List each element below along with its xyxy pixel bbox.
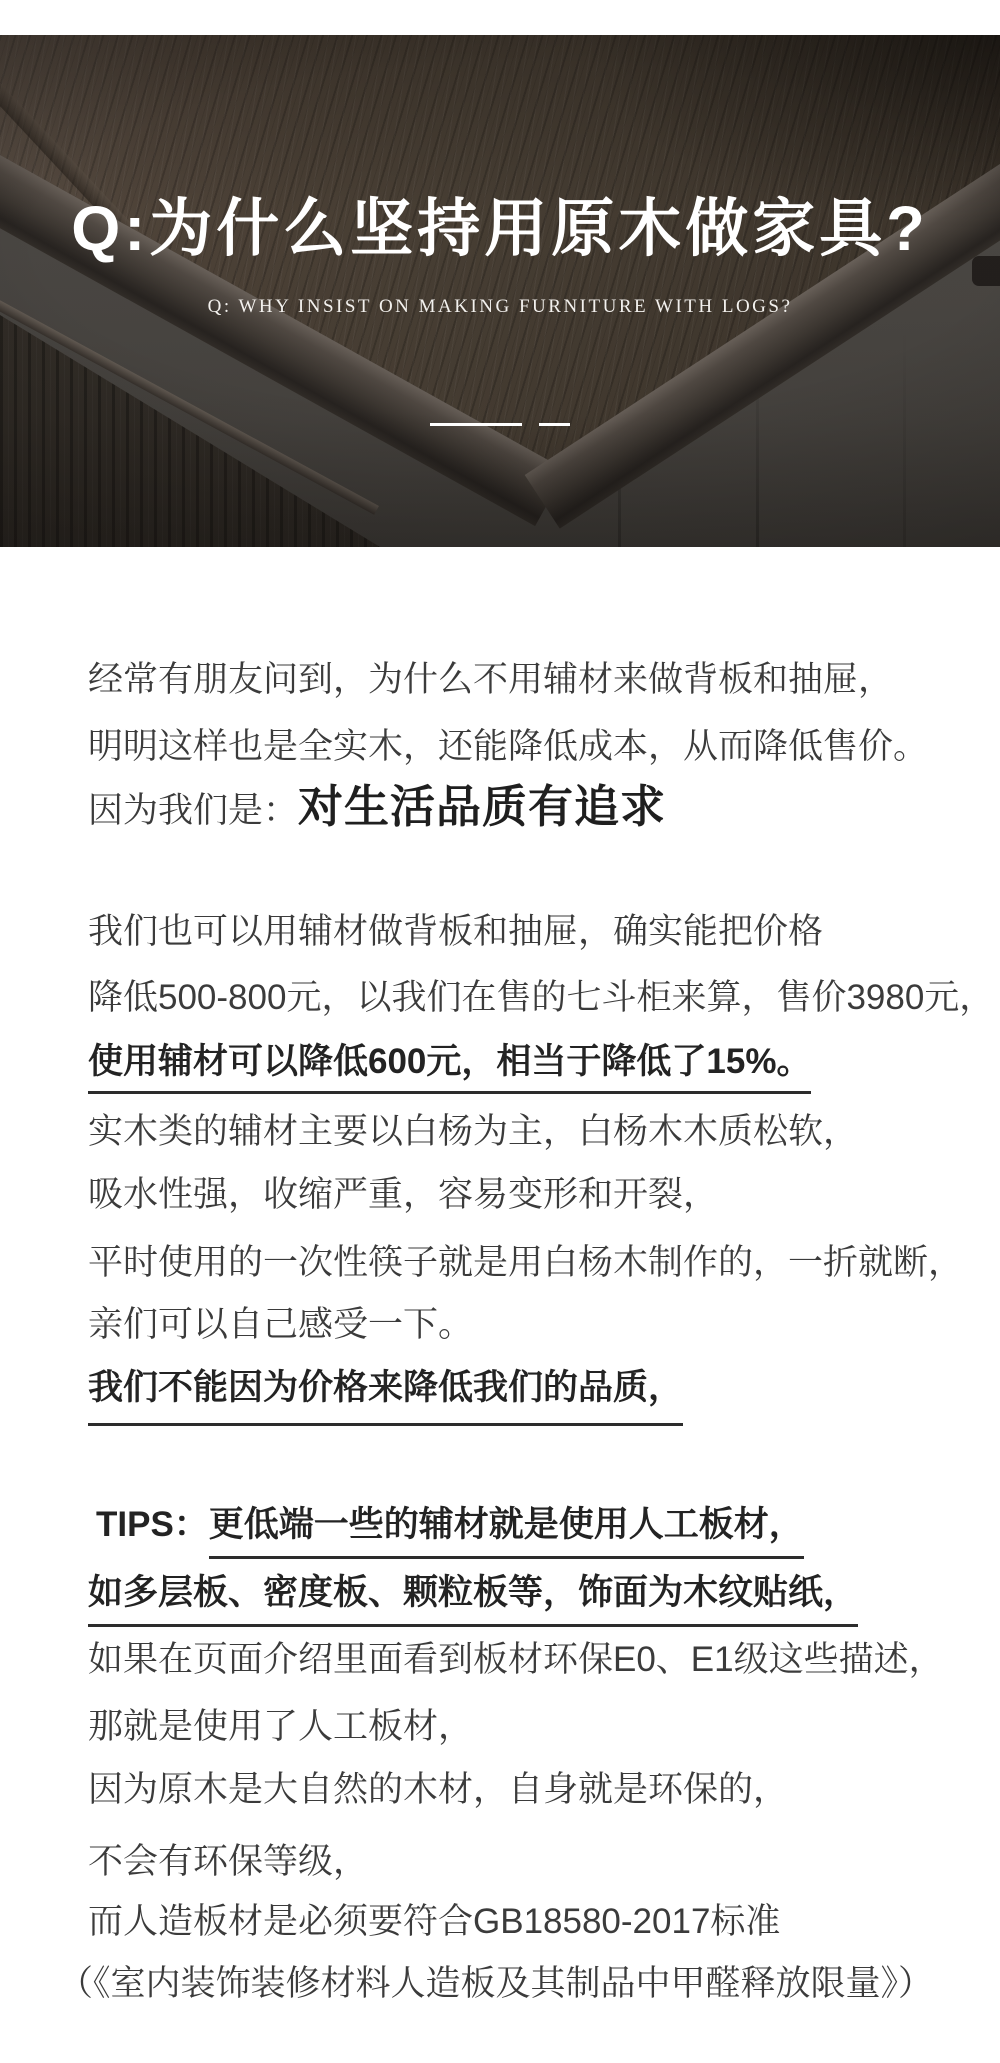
underlined-text: 如多层板、密度板、颗粒板等，饰面为木纹贴纸， — [88, 1575, 858, 1627]
body-text: 那就是使用了人工板材， — [88, 1707, 473, 1746]
hero-photo-dark-overlay — [0, 35, 1000, 547]
underlined-text: 我们不能因为价格来降低我们的品质， — [88, 1370, 683, 1426]
body-text: 实木类的辅材主要以白杨为主，白杨木木质松软， — [88, 1112, 858, 1151]
tips-line: 因为原木是大自然的木材，自身就是环保的， — [0, 1772, 1000, 1807]
body-line: 平时使用的一次性筷子就是用白杨木制作的，一折就断， — [0, 1245, 1000, 1280]
body-text: 降低500-800元，以我们在售的七斗柜来算，售价3980元， — [88, 978, 994, 1017]
body-line: 吸水性强，收缩严重，容易变形和开裂， — [0, 1177, 1000, 1212]
divider-long-dash — [430, 423, 522, 426]
hero-section: Q:为什么坚持用原木做家具? Q: WHY INSIST ON MAKING F… — [0, 35, 1000, 547]
body-line: 降低500-800元，以我们在售的七斗柜来算，售价3980元， — [0, 980, 1000, 1015]
tips-citation-line: （《室内装饰装修材料人造板及其制品中甲醛释放限量》） — [0, 1966, 1000, 2001]
body-text: 吸水性强，收缩严重，容易变形和开裂， — [88, 1175, 718, 1214]
tips-line: 那就是使用了人工板材， — [0, 1709, 1000, 1744]
body-line: 实木类的辅材主要以白杨为主，白杨木木质松软， — [0, 1114, 1000, 1149]
body-text: 因为我们是： — [88, 791, 298, 830]
body-text: 我们也可以用辅材做背板和抽屉，确实能把价格 — [88, 912, 823, 951]
body-text: 不会有环保等级， — [88, 1842, 368, 1881]
page-title: Q:为什么坚持用原木做家具? — [0, 198, 1000, 261]
tips-line: 不会有环保等级， — [0, 1844, 1000, 1879]
body-line: 我们也可以用辅材做背板和抽屉，确实能把价格 — [0, 914, 1000, 949]
page-subtitle: Q: WHY INSIST ON MAKING FURNITURE WITH L… — [0, 296, 1000, 319]
tips-label: TIPS： — [88, 1505, 209, 1544]
tips-line: 如多层板、密度板、颗粒板等，饰面为木纹贴纸， — [0, 1575, 1000, 1627]
body-text: 经常有朋友问到，为什么不用辅材来做背板和抽屉， — [88, 660, 893, 699]
body-line: 因为我们是：对生活品质有追求 — [0, 789, 1000, 828]
body-line-highlight: 我们不能因为价格来降低我们的品质， — [0, 1370, 1000, 1426]
body-text: 亲们可以自己感受一下。 — [88, 1305, 473, 1344]
underlined-text: 更低端一些的辅材就是使用人工板材， — [209, 1507, 804, 1559]
divider-short-dash — [539, 423, 570, 426]
body-text: 平时使用的一次性筷子就是用白杨木制作的，一折就断， — [88, 1243, 963, 1282]
body-text: 明明这样也是全实木，还能降低成本，从而降低售价。 — [88, 727, 928, 766]
underlined-text: 使用辅材可以降低600元，相当于降低了15%。 — [88, 1044, 811, 1094]
quality-emphasis-text: 对生活品质有追求 — [298, 781, 666, 832]
tips-line: TIPS：更低端一些的辅材就是使用人工板材， — [0, 1507, 1000, 1559]
body-text: （《室内装饰装修材料人造板及其制品中甲醛释放限量》） — [58, 1964, 933, 2003]
body-text: 如果在页面介绍里面看到板材环保E0、E1级这些描述， — [88, 1640, 944, 1679]
tips-line: 如果在页面介绍里面看到板材环保E0、E1级这些描述， — [0, 1642, 1000, 1677]
body-line: 经常有朋友问到，为什么不用辅材来做背板和抽屉， — [0, 662, 1000, 697]
product-detail-page: Q:为什么坚持用原木做家具? Q: WHY INSIST ON MAKING F… — [0, 0, 1000, 2063]
body-line: 亲们可以自己感受一下。 — [0, 1307, 1000, 1342]
body-line-highlight: 使用辅材可以降低600元，相当于降低了15%。 — [0, 1044, 1000, 1094]
body-text: 而人造板材是必须要符合GB18580-2017标准 — [88, 1902, 780, 1941]
body-line: 明明这样也是全实木，还能降低成本，从而降低售价。 — [0, 729, 1000, 764]
tips-line: 而人造板材是必须要符合GB18580-2017标准 — [0, 1904, 1000, 1939]
body-text: 因为原木是大自然的木材，自身就是环保的， — [88, 1770, 788, 1809]
